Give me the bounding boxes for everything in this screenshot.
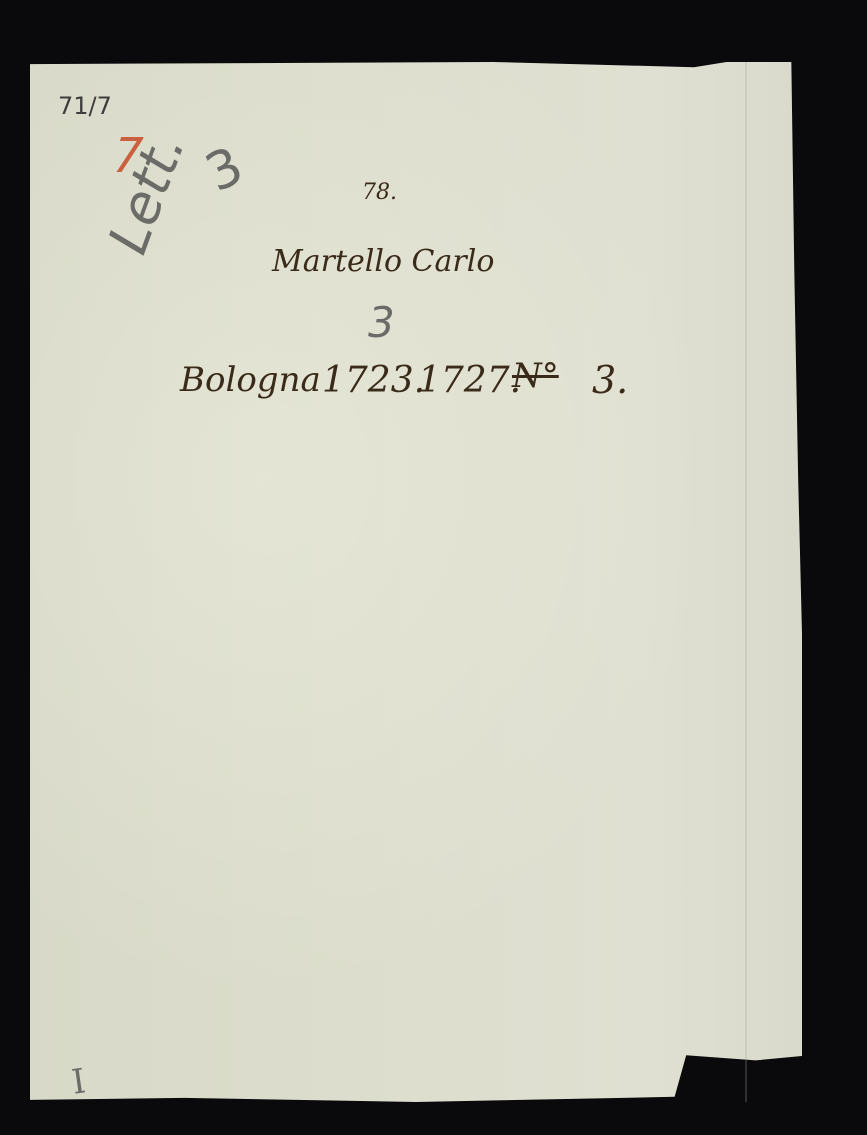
final-count: 3. xyxy=(592,358,628,402)
shelfmark: 71/7 xyxy=(58,92,112,120)
year-start: 1723. xyxy=(322,360,425,401)
correspondent-name: Martello Carlo xyxy=(272,244,494,279)
year-end: 1727. xyxy=(418,360,521,401)
struck-abbreviation: N° xyxy=(512,356,559,396)
place-name: Bologna xyxy=(180,360,321,400)
pencil-count: 3 xyxy=(368,298,395,347)
item-number: 78. xyxy=(362,180,397,205)
paper-fold-line xyxy=(745,62,747,1102)
